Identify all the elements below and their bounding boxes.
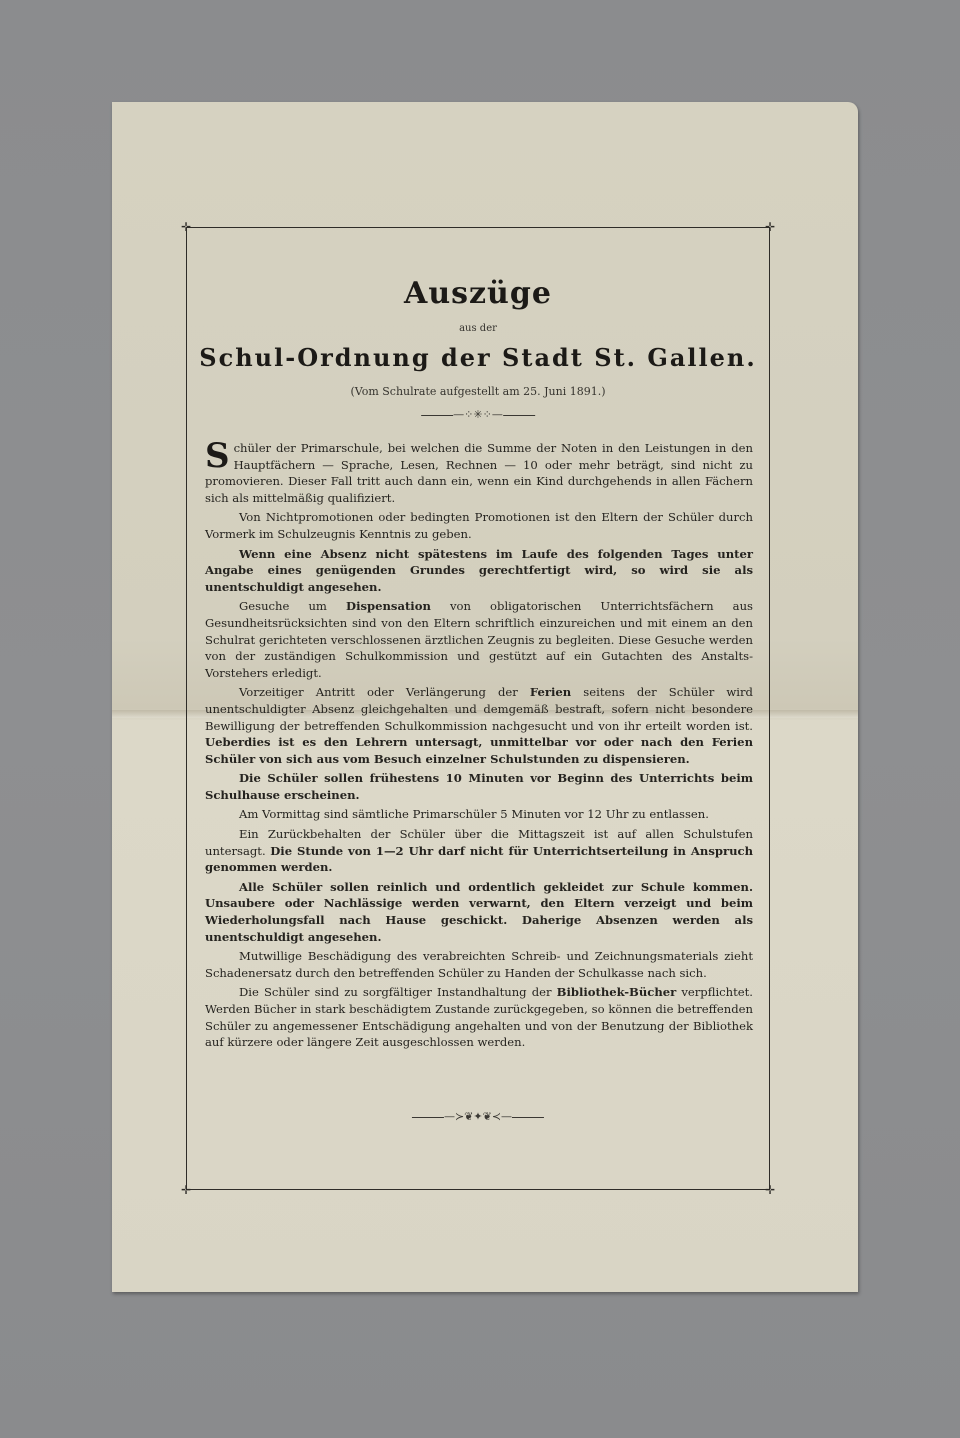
document-subtitle: Schul-Ordnung der Stadt St. Gallen. (187, 343, 769, 372)
paragraph: Vorzeitiger Antritt oder Verlängerung de… (205, 684, 753, 767)
corner-ornament-icon: ✛ (763, 1183, 777, 1197)
title-preposition: aus der (187, 323, 769, 334)
paragraph: Von Nichtpromotionen oder bedingten Prom… (205, 509, 753, 542)
paragraph: Am Vormittag sind sämtliche Primarschüle… (205, 806, 753, 823)
divider-ornament-icon: —⁘✳⁘— (421, 408, 535, 421)
paragraph: Die Schüler sollen frühestens 10 Minuten… (205, 770, 753, 803)
paragraph: Wenn eine Absenz nicht spätestens im Lau… (205, 546, 753, 596)
paragraph: Die Schüler sind zu sorgfältiger Instand… (205, 984, 753, 1050)
document-body: Schüler der Primarschule, bei welchen di… (205, 440, 753, 1054)
corner-ornament-icon: ✛ (763, 220, 777, 234)
corner-ornament-icon: ✛ (179, 220, 193, 234)
date-line: (Vom Schulrate aufgestellt am 25. Juni 1… (187, 385, 769, 398)
corner-ornament-icon: ✛ (179, 1183, 193, 1197)
paragraph: Schüler der Primarschule, bei welchen di… (205, 440, 753, 506)
document-sheet: ✛ ✛ ✛ ✛ Auszüge aus der Schul-Ordnung de… (112, 102, 858, 1292)
closing-ornament-icon: —≻❦✦❦≺— (412, 1110, 544, 1123)
paragraph: Alle Schüler sollen reinlich und ordentl… (205, 879, 753, 945)
decorative-frame: ✛ ✛ ✛ ✛ Auszüge aus der Schul-Ordnung de… (186, 227, 770, 1190)
paragraph: Ein Zurückbehalten der Schüler über die … (205, 826, 753, 876)
paragraph: Mutwillige Beschädigung des verabreichte… (205, 948, 753, 981)
drop-cap: S (205, 441, 230, 471)
document-title: Auszüge (187, 276, 769, 311)
paragraph: Gesuche um Dispensation von obligatorisc… (205, 598, 753, 681)
